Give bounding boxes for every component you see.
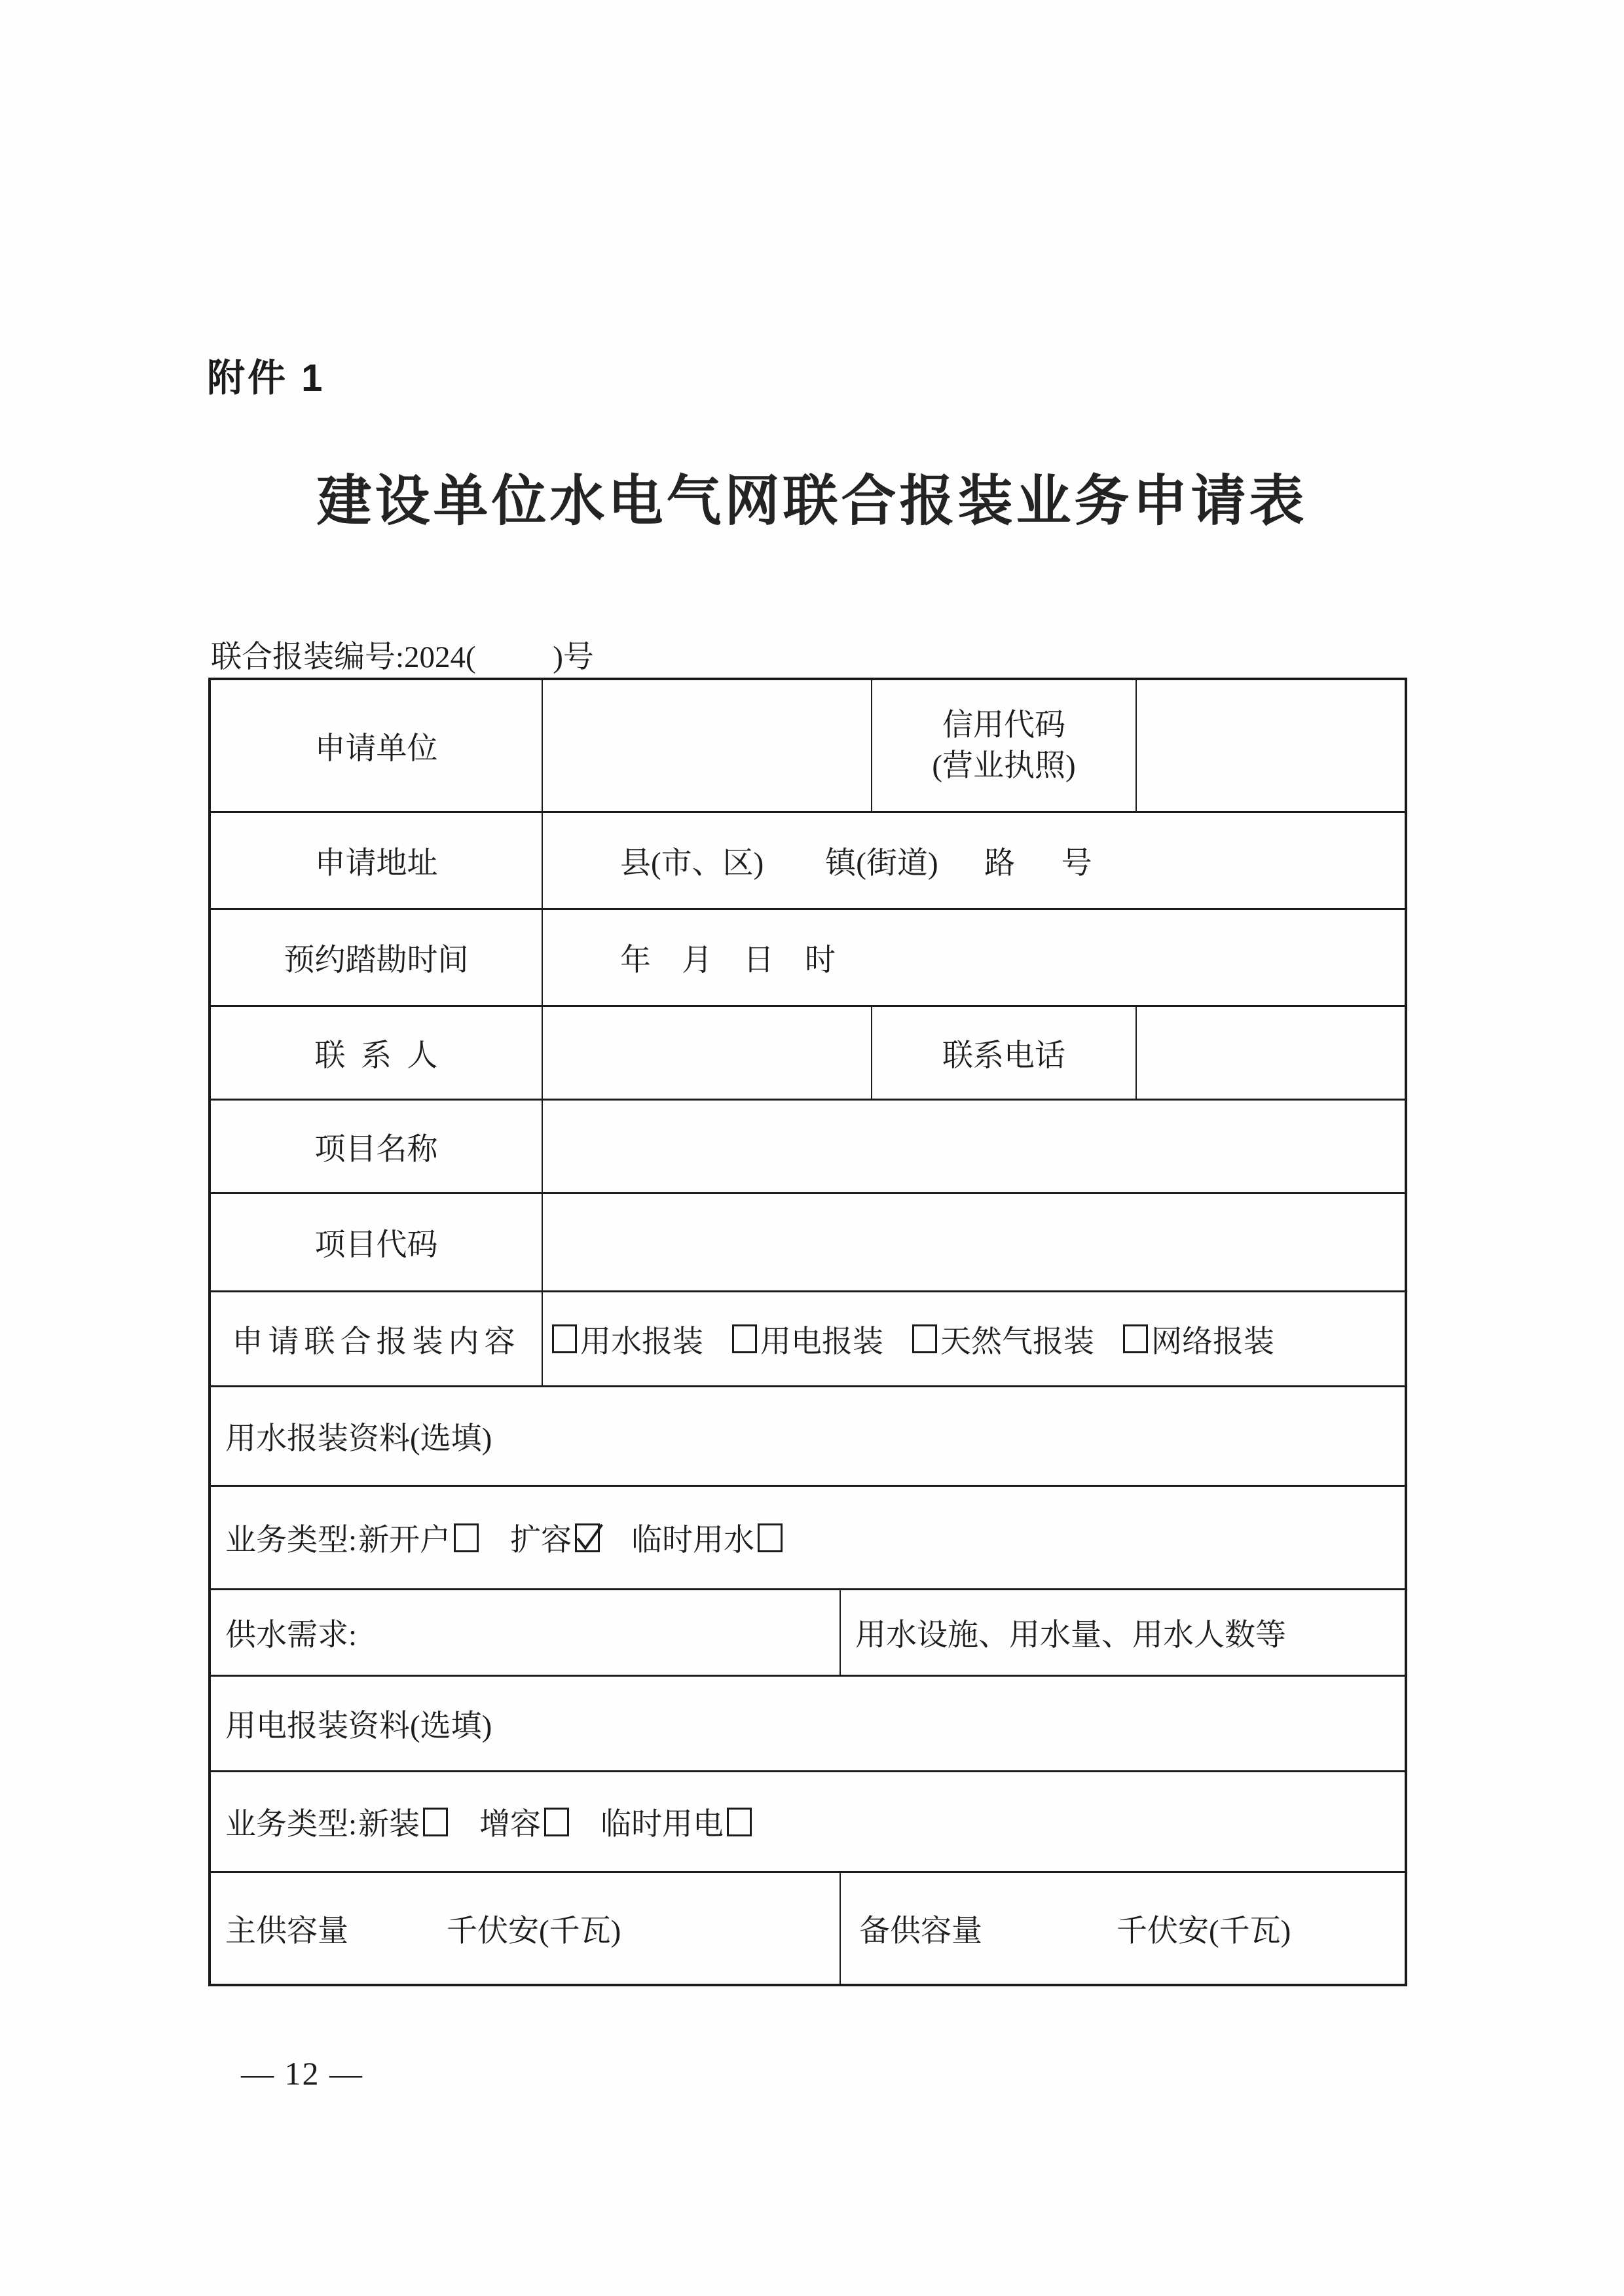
checkbox-checked-icon[interactable]: [575, 1523, 600, 1552]
checkbox-label: 临时用水: [631, 1516, 754, 1559]
checkbox-label: 增容: [479, 1800, 541, 1844]
checkbox-option-用水报装[interactable]: 用水报装: [552, 1317, 703, 1361]
checkbox-option-新开户[interactable]: 新开户: [358, 1516, 479, 1559]
electric-type-cell: 业务类型: 新装增容临时用电: [211, 1772, 1405, 1871]
table-row-joint-content: 申请联合报装内容 用水报装用电报装天然气报装网络报装: [211, 1290, 1405, 1385]
address-input-cell[interactable]: 县(市、区) 镇(街道) 路 号: [542, 813, 1405, 908]
contact-label: 联 系 人: [315, 1031, 438, 1075]
project-code-input-cell[interactable]: [542, 1194, 1405, 1290]
phone-input-cell[interactable]: [1135, 1007, 1405, 1099]
phone-label: 联系电话: [942, 1031, 1065, 1075]
water-demand-hint-cell: 用水设施、用水量、用水人数等: [840, 1590, 1405, 1675]
credit-code-input-cell[interactable]: [1135, 680, 1405, 811]
electric-section-header: 用电报装资料(选填): [225, 1702, 492, 1745]
checkbox-icon[interactable]: [758, 1523, 783, 1552]
checkbox-label: 新开户: [358, 1516, 451, 1559]
checkbox-option-用电报装[interactable]: 用电报装: [732, 1317, 883, 1361]
checkbox-icon[interactable]: [1123, 1324, 1148, 1353]
checkbox-option-扩容[interactable]: 扩容: [510, 1516, 600, 1559]
applicant-label-cell: 申请单位: [211, 680, 542, 811]
contact-input-cell[interactable]: [542, 1007, 871, 1099]
project-name-input-cell[interactable]: [542, 1101, 1405, 1192]
address-label: 申请地址: [315, 839, 438, 883]
table-row-electric-type: 业务类型: 新装增容临时用电: [211, 1770, 1405, 1871]
checkbox-icon[interactable]: [732, 1324, 757, 1353]
project-code-label: 项目代码: [315, 1220, 438, 1264]
document-page: 附件 1 建设单位水电气网联合报装业务申请表 联合报装编号:2024( )号 申…: [0, 0, 1624, 2296]
checkbox-option-临时用水[interactable]: 临时用水: [631, 1516, 783, 1559]
checkbox-icon[interactable]: [544, 1808, 569, 1836]
water-type-prefix: 业务类型:: [225, 1516, 357, 1559]
table-row-water-demand: 供水需求: 用水设施、用水量、用水人数等: [211, 1588, 1405, 1675]
electric-section-header-cell: 用电报装资料(选填): [211, 1677, 1405, 1770]
water-type-checkbox-group: 新开户扩容临时用水: [358, 1516, 783, 1559]
water-demand-label: 供水需求:: [225, 1611, 357, 1654]
table-row-capacity: 主供容量 千伏安(千瓦) 备供容量 千伏安(千瓦): [211, 1871, 1405, 1984]
project-name-label-cell: 项目名称: [211, 1101, 542, 1192]
water-demand-input-cell[interactable]: 供水需求:: [211, 1590, 840, 1675]
contact-label-cell: 联 系 人: [211, 1007, 542, 1099]
main-capacity-cell[interactable]: 主供容量 千伏安(千瓦): [211, 1873, 840, 1984]
checkbox-label: 临时用电: [600, 1800, 724, 1844]
checkbox-label: 网络报装: [1151, 1317, 1274, 1361]
checkbox-icon[interactable]: [552, 1324, 577, 1353]
table-row-project-code: 项目代码: [211, 1192, 1405, 1290]
checkbox-label: 天然气报装: [940, 1317, 1094, 1361]
water-demand-hint: 用水设施、用水量、用水人数等: [855, 1611, 1286, 1654]
checkbox-option-新装[interactable]: 新装: [358, 1800, 448, 1844]
table-row-water-type: 业务类型: 新开户扩容临时用水: [211, 1485, 1405, 1588]
water-type-cell: 业务类型: 新开户扩容临时用水: [211, 1487, 1405, 1588]
survey-time-input-cell[interactable]: 年 月 日 时: [542, 910, 1405, 1005]
checkbox-option-网络报装[interactable]: 网络报装: [1123, 1317, 1274, 1361]
credit-code-label-line1: 信用代码: [942, 705, 1065, 746]
checkbox-option-临时用电[interactable]: 临时用电: [600, 1800, 752, 1844]
main-capacity-unit: 千伏安(千瓦): [447, 1906, 621, 1950]
credit-code-label-cell: 信用代码 (营业执照): [871, 680, 1135, 811]
water-section-header-cell: 用水报装资料(选填): [211, 1387, 1405, 1485]
electric-type-prefix: 业务类型:: [225, 1800, 357, 1844]
survey-time-template-text: 年 月 日 时: [620, 936, 836, 979]
backup-capacity-unit: 千伏安(千瓦): [1116, 1906, 1291, 1950]
table-row-water-section: 用水报装资料(选填): [211, 1385, 1405, 1485]
water-section-header: 用水报装资料(选填): [225, 1414, 492, 1458]
joint-content-options-cell: 用水报装用电报装天然气报装网络报装: [542, 1292, 1405, 1385]
checkbox-label: 新装: [358, 1800, 420, 1844]
address-label-cell: 申请地址: [211, 813, 542, 908]
checkbox-icon[interactable]: [727, 1808, 752, 1836]
table-row-survey-time: 预约踏勘时间 年 月 日 时: [211, 908, 1405, 1005]
page-number: — 12 —: [241, 2054, 363, 2092]
form-title: 建设单位水电气网联合报装业务申请表: [0, 457, 1624, 536]
checkbox-icon[interactable]: [912, 1324, 937, 1353]
credit-code-label-line2: (营业执照): [932, 746, 1075, 786]
applicant-input-cell[interactable]: [542, 680, 871, 811]
applicant-label: 申请单位: [315, 724, 438, 768]
phone-label-cell: 联系电话: [871, 1007, 1135, 1099]
checkbox-option-增容[interactable]: 增容: [479, 1800, 569, 1844]
checkbox-label: 用电报装: [760, 1317, 883, 1361]
main-capacity-label: 主供容量: [225, 1906, 348, 1950]
checkbox-option-天然气报装[interactable]: 天然气报装: [912, 1317, 1094, 1361]
address-template-text: 县(市、区) 镇(街道) 路 号: [620, 839, 1092, 883]
table-row-project-name: 项目名称: [211, 1099, 1405, 1192]
checkbox-icon[interactable]: [454, 1523, 479, 1552]
table-row-electric-section: 用电报装资料(选填): [211, 1675, 1405, 1770]
project-name-label: 项目名称: [315, 1125, 438, 1169]
attachment-label: 附件 1: [207, 347, 325, 402]
application-table: 申请单位 信用代码 (营业执照) 申请地址 县(市、区) 镇(街道) 路 号 预…: [208, 678, 1407, 1986]
project-code-label-cell: 项目代码: [211, 1194, 542, 1290]
checkbox-label: 扩容: [510, 1516, 572, 1559]
backup-capacity-label: 备供容量: [859, 1906, 982, 1950]
backup-capacity-cell[interactable]: 备供容量 千伏安(千瓦): [840, 1873, 1405, 1984]
joint-content-label-cell: 申请联合报装内容: [211, 1292, 542, 1385]
joint-content-label: 申请联合报装内容: [232, 1317, 521, 1361]
checkbox-label: 用水报装: [580, 1317, 703, 1361]
survey-time-label-cell: 预约踏勘时间: [211, 910, 542, 1005]
checkbox-icon[interactable]: [423, 1808, 448, 1836]
table-row-contact: 联 系 人 联系电话: [211, 1005, 1405, 1099]
electric-type-checkbox-group: 新装增容临时用电: [358, 1800, 752, 1844]
joint-content-checkbox-group: 用水报装用电报装天然气报装网络报装: [552, 1317, 1274, 1361]
form-number: 联合报装编号:2024( )号: [211, 632, 594, 676]
survey-time-label: 预约踏勘时间: [284, 936, 469, 979]
table-row-applicant: 申请单位 信用代码 (营业执照): [211, 680, 1405, 811]
table-row-address: 申请地址 县(市、区) 镇(街道) 路 号: [211, 811, 1405, 908]
